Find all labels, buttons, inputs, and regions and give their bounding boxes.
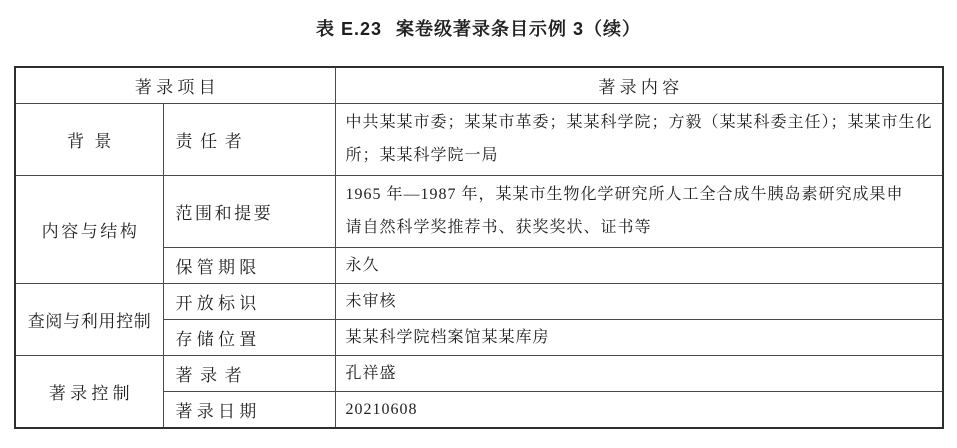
- group-cell: 著录控制: [15, 355, 163, 428]
- table-title: 案卷级著录条目示例 3（续）: [396, 19, 641, 39]
- content-cell: 中共某某市委；某某市革委；某某科学院；方毅（某某科委主任）；某某市生化 所；某某…: [335, 103, 943, 175]
- table-row: 著录控制著录者孔祥盛: [15, 355, 943, 391]
- content-cell: 孔祥盛: [335, 355, 943, 391]
- content-cell: 某某科学院档案馆某某库房: [335, 319, 943, 355]
- group-cell: 查阅与利用控制: [15, 283, 163, 355]
- item-cell: 著录者: [163, 355, 335, 391]
- group-cell: 背景: [15, 103, 163, 175]
- catalog-table: 著录项目 著录内容 背景责任者中共某某市委；某某市革委；某某科学院；方毅（某某科…: [14, 66, 944, 429]
- table-row: 内容与结构范围和提要1965 年—1987 年，某某市生物化学研究所人工全合成牛…: [15, 175, 943, 247]
- item-cell: 保管期限: [163, 247, 335, 283]
- item-cell: 存储位置: [163, 319, 335, 355]
- item-cell: 开放标识: [163, 283, 335, 319]
- table-row: 背景责任者中共某某市委；某某市革委；某某科学院；方毅（某某科委主任）；某某市生化…: [15, 103, 943, 175]
- item-cell: 著录日期: [163, 391, 335, 428]
- column-header-content: 著录内容: [335, 67, 943, 103]
- table-number: 表 E.23: [316, 19, 382, 39]
- table-body: 背景责任者中共某某市委；某某市革委；某某科学院；方毅（某某科委主任）；某某市生化…: [15, 103, 943, 428]
- content-cell: 永久: [335, 247, 943, 283]
- column-header-items: 著录项目: [15, 67, 335, 103]
- item-cell: 责任者: [163, 103, 335, 175]
- item-cell: 范围和提要: [163, 175, 335, 247]
- table-header-row: 著录项目 著录内容: [15, 67, 943, 103]
- group-cell: 内容与结构: [15, 175, 163, 283]
- table-head: 著录项目 著录内容: [15, 67, 943, 103]
- content-cell: 未审核: [335, 283, 943, 319]
- content-cell: 1965 年—1987 年，某某市生物化学研究所人工全合成牛胰岛素研究成果申 请…: [335, 175, 943, 247]
- table-row: 查阅与利用控制开放标识未审核: [15, 283, 943, 319]
- content-cell: 20210608: [335, 391, 943, 428]
- table-caption: 表 E.23案卷级著录条目示例 3（续）: [0, 15, 957, 41]
